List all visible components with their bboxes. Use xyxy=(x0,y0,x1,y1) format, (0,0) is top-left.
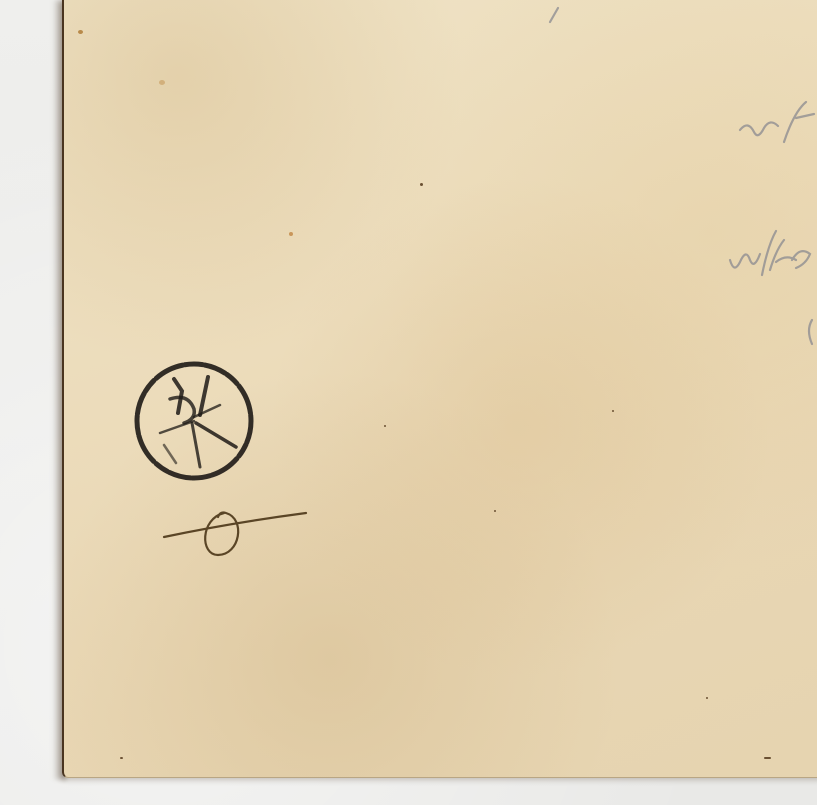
foxing-speck xyxy=(120,757,123,759)
foxing-speck xyxy=(420,183,423,186)
pencil-handwriting xyxy=(540,0,817,360)
crossed-numeral-inscription xyxy=(160,505,310,560)
foxing-speck xyxy=(764,757,771,759)
collector-stamp-icon xyxy=(130,357,258,485)
foxing-speck xyxy=(78,30,83,34)
foxing-speck xyxy=(612,410,614,412)
foxing-speck xyxy=(494,510,496,512)
foxing-speck xyxy=(289,232,293,236)
foxing-speck xyxy=(159,80,165,85)
foxing-speck xyxy=(384,425,386,427)
foxing-speck xyxy=(706,697,708,699)
